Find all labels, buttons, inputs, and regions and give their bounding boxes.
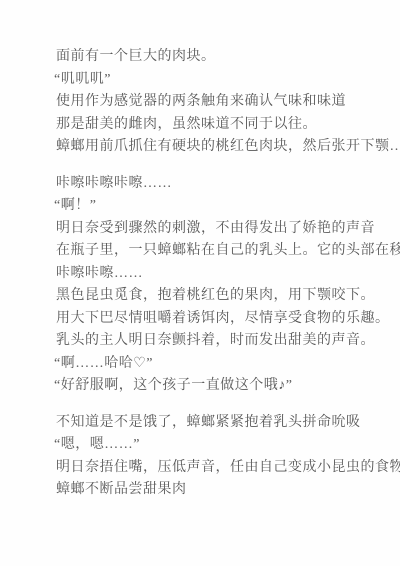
story-paragraph: 黑色昆虫觅食，抱着桃红色的果肉，用下颚咬下。: [56, 285, 360, 308]
story-paragraph-sfx: 咔嚓咔嚓……: [56, 263, 360, 286]
reader-page: 面前有一个巨大的肉块。 “叽叽叽” 使用作为感觉器的两条触角来确认气味和味道 那…: [0, 0, 400, 566]
story-paragraph: 那是甜美的雌肉，虽然味道不同于以往。: [56, 114, 360, 137]
story-paragraph-dialogue: “好舒服啊，这个孩子一直做这个哦♪”: [56, 375, 360, 398]
story-paragraph-dialogue: “嗯，嗯……”: [56, 434, 360, 457]
story-paragraph-dialogue: “啊……哈哈♡”: [56, 353, 360, 376]
story-paragraph: 蟑螂用前爪抓住有硬块的桃红色肉块，然后张开下颚……: [56, 136, 360, 159]
story-paragraph-dialogue: “叽叽叽”: [56, 69, 360, 92]
story-paragraph: 用大下巴尽情咀嚼着诱饵肉，尽情享受食物的乐趣。: [56, 308, 360, 331]
story-paragraph: 明日奈受到骤然的刺激，不由得发出了娇艳的声音: [56, 218, 360, 241]
story-paragraph: 乳头的主人明日奈颤抖着，时而发出甜美的声音。: [56, 330, 360, 353]
story-paragraph: 不知道是不是饿了，蟑螂紧紧抱着乳头拼命吮吸: [56, 412, 360, 435]
story-paragraph: 面前有一个巨大的肉块。: [56, 46, 360, 69]
story-paragraph-dialogue: “啊！”: [56, 195, 360, 218]
story-paragraph: 使用作为感觉器的两条触角来确认气味和味道: [56, 91, 360, 114]
story-paragraph: 蟑螂不断品尝甜果肉: [56, 479, 360, 502]
story-paragraph: 在瓶子里，一只蟑螂粘在自己的乳头上。它的头部在移动。: [56, 240, 360, 263]
story-paragraph: 明日奈捂住嘴，压低声音，任由自己变成小昆虫的食物: [56, 457, 360, 480]
story-paragraph-sfx: 咔嚓咔嚓咔嚓……: [56, 173, 360, 196]
